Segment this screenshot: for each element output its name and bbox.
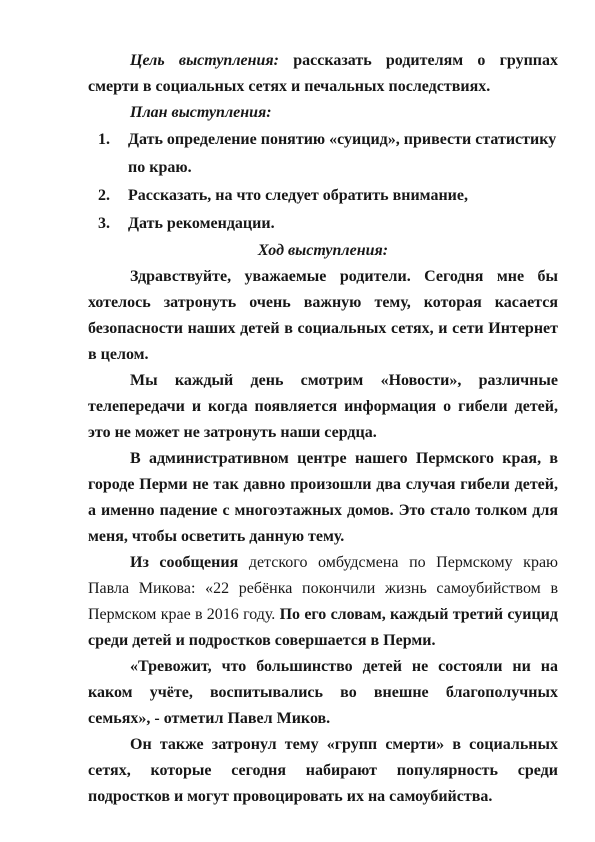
ombudsman-segment-intro: Из сообщения bbox=[130, 554, 249, 571]
plan-item-text: Рассказать, на что следует обратить вним… bbox=[128, 182, 558, 210]
plan-item-text: Дать определение понятию «суицид», приве… bbox=[128, 126, 558, 182]
plan-heading: План выступления: bbox=[88, 100, 558, 126]
purpose-label: Цель выступления: bbox=[130, 52, 279, 69]
plan-list: 1. Дать определение понятию «суицид», пр… bbox=[88, 126, 558, 238]
plan-item: 3. Дать рекомендации. bbox=[88, 210, 558, 238]
plan-item: 1. Дать определение понятию «суицид», пр… bbox=[88, 126, 558, 182]
speech-paragraph-news: Мы каждый день смотрим «Новости», различ… bbox=[88, 368, 558, 446]
speech-paragraph-greeting: Здравствуйте, уважаемые родители. Сегодн… bbox=[88, 264, 558, 368]
document-page: Цель выступления: рассказать родителям о… bbox=[0, 0, 595, 842]
plan-item-number: 3. bbox=[98, 210, 128, 238]
plan-item: 2. Рассказать, на что следует обратить в… bbox=[88, 182, 558, 210]
plan-item-text: Дать рекомендации. bbox=[128, 210, 558, 238]
document-content: Цель выступления: рассказать родителям о… bbox=[88, 48, 558, 810]
speech-paragraph-perm-cases: В административном центре нашего Пермско… bbox=[88, 446, 558, 550]
purpose-paragraph: Цель выступления: рассказать родителям о… bbox=[88, 48, 558, 100]
speech-paragraph-death-groups: Он также затронул тему «групп смерти» в … bbox=[88, 732, 558, 810]
speech-paragraph-ombudsman: Из сообщения детского омбудсмена по Перм… bbox=[88, 550, 558, 654]
speech-heading: Ход выступления: bbox=[88, 238, 558, 264]
plan-item-number: 2. bbox=[98, 182, 128, 210]
speech-paragraph-quote-mikov: «Тревожит, что большинство детей не сост… bbox=[88, 654, 558, 732]
plan-item-number: 1. bbox=[98, 126, 128, 182]
